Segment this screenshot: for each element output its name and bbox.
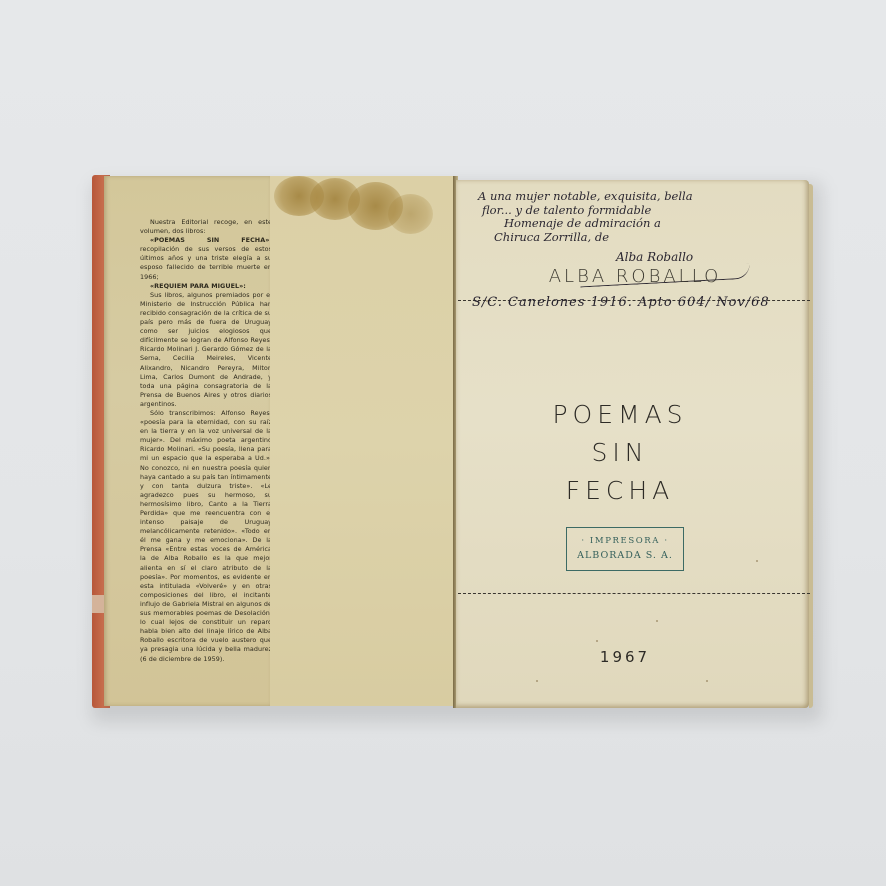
title-line: SIN	[520, 434, 720, 472]
blurb-paragraph-2: Sus libros, algunos premiados por el Min…	[140, 291, 272, 409]
endpaper-page	[270, 176, 456, 706]
foxing-speck	[656, 620, 658, 622]
handwritten-dedication: A una mujer notable, exquisita, bella fl…	[478, 190, 808, 244]
book-title: POEMAS SIN FECHA	[520, 396, 720, 510]
book1-desc: recopilación de sus versos de estos últi…	[140, 245, 272, 280]
flap-blurb: Nuestra Editorial recoge, en este volume…	[140, 218, 272, 664]
water-stain	[388, 194, 433, 234]
dedication-line: flor... y de talento formidable	[482, 204, 808, 218]
dedication-line: A una mujer notable, exquisita, bella	[478, 190, 808, 204]
dedication-line: Chiruca Zorrilla, de	[494, 231, 808, 245]
page-edge	[809, 184, 813, 708]
blurb-book1: «POEMAS SIN FECHA»: recopilación de sus …	[140, 236, 272, 281]
blurb-book2: «REQUIEM PARA MIGUEL»:	[140, 282, 272, 291]
publisher-stamp: · IMPRESORA · ALBORADA S. A.	[566, 527, 684, 571]
foxing-speck	[706, 680, 708, 682]
book1-title: «POEMAS SIN FECHA»:	[150, 236, 272, 244]
author-name: ALBA ROBALLO	[515, 266, 755, 287]
foxing-speck	[596, 640, 598, 642]
title-line: POEMAS	[520, 396, 720, 434]
title-line: FECHA	[520, 472, 720, 510]
blurb-paragraph-3: Sólo transcribimos: Alfonso Reyes: «poes…	[140, 409, 272, 664]
handwritten-annotation: S/C. Canelones 1916. Apto 604/ Nov/68	[472, 295, 812, 310]
blurb-intro: Nuestra Editorial recoge, en este volume…	[140, 218, 272, 236]
publication-year: 1967	[585, 648, 665, 666]
stamp-line-2: ALBORADA S. A.	[567, 550, 683, 561]
foxing-speck	[536, 680, 538, 682]
stamp-line-1: · IMPRESORA ·	[567, 536, 683, 546]
book2-title: «REQUIEM PARA MIGUEL»:	[150, 282, 246, 290]
foxing-speck	[756, 560, 758, 562]
dedication-line: Homenaje de admiración a	[504, 217, 808, 231]
author-signature: Alba Roballo	[616, 250, 693, 264]
dashed-rule-bottom	[458, 593, 810, 594]
open-book: Nuestra Editorial recoge, en este volume…	[0, 0, 886, 886]
